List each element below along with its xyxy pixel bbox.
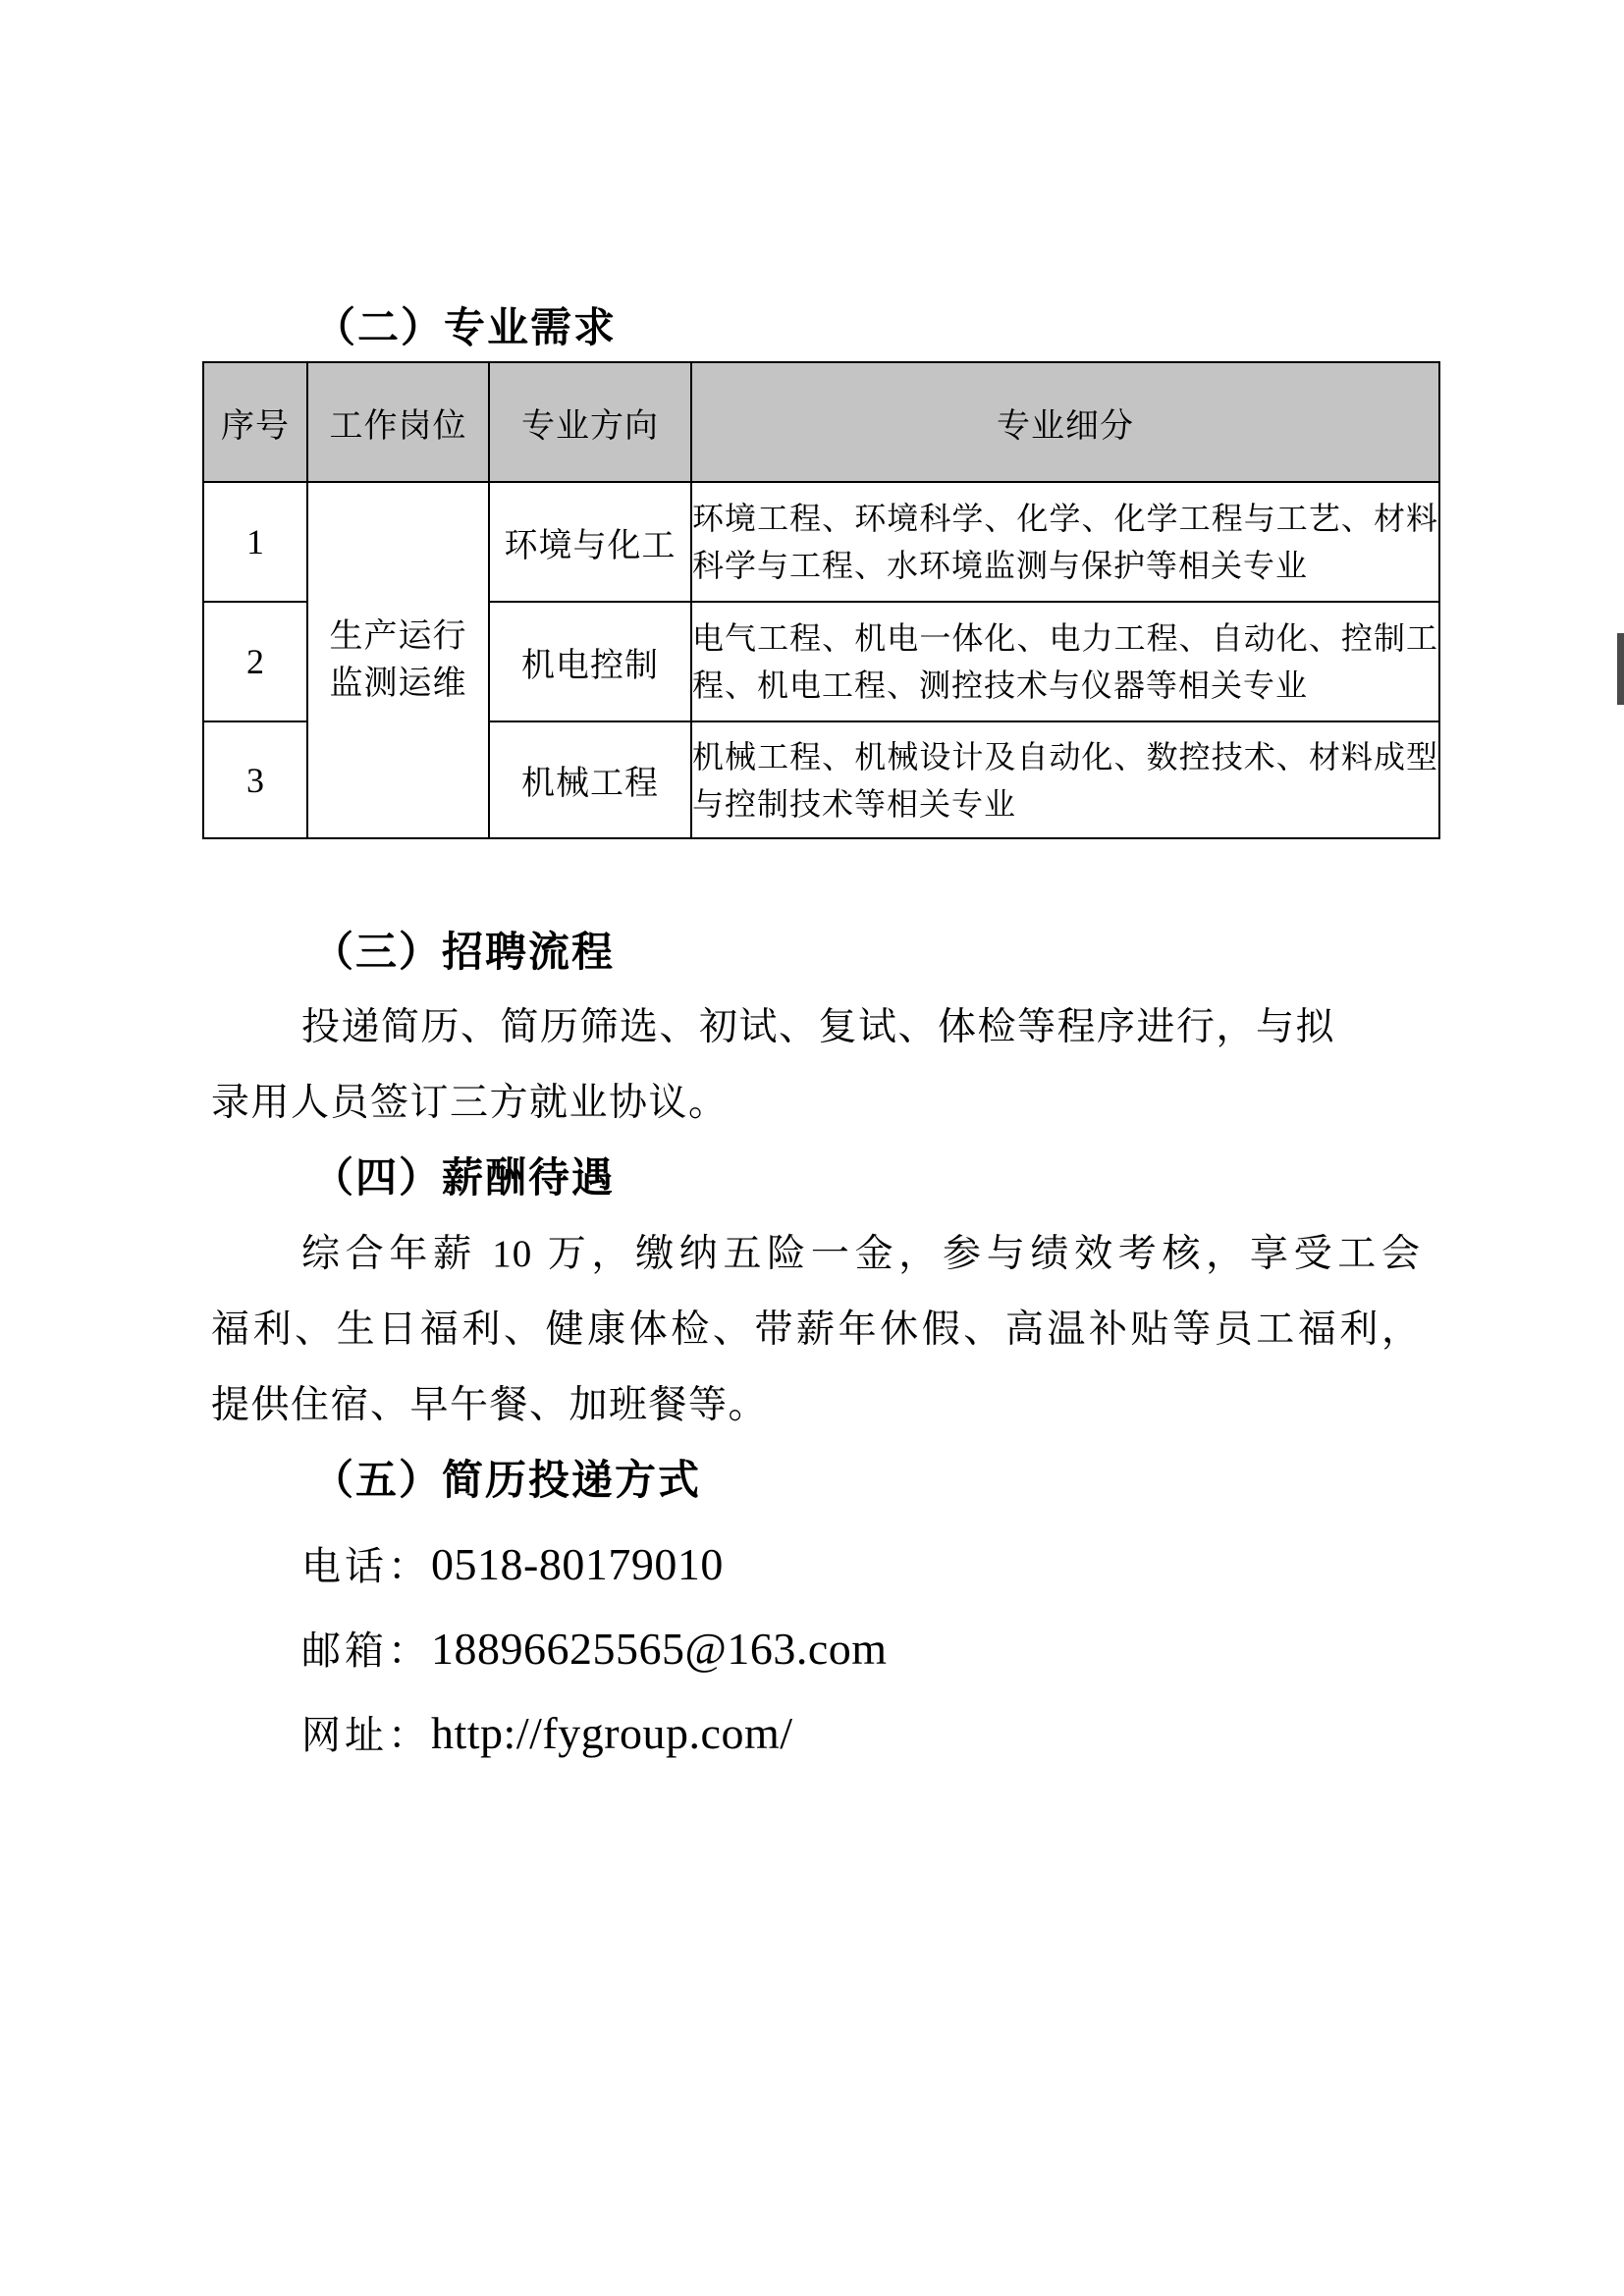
section3-paragraph-line2: 录用人员签订三方就业协议。 xyxy=(211,1079,729,1128)
major-requirements-table: 序号 工作岗位 专业方向 专业细分 1 生产运行监测运维 环境与化工 环境工程、… xyxy=(202,361,1440,839)
cell-major-direction: 机电控制 xyxy=(489,602,691,721)
document-page: （二）专业需求 序号 工作岗位 专业方向 专业细分 1 生产运行监测运维 环境与… xyxy=(0,0,1624,2296)
contact-website-line: 网址：http://fygroup.com/ xyxy=(301,1708,793,1761)
cell-row-number: 2 xyxy=(203,602,307,721)
col-header-no: 序号 xyxy=(203,362,307,482)
section4-paragraph-line3: 提供住宿、早午餐、加班餐等。 xyxy=(211,1381,768,1430)
section3-paragraph-line1: 投递简历、简历筛选、初试、复试、体检等程序进行，与拟 xyxy=(301,1003,1335,1052)
email-address: 18896625565@163.com xyxy=(431,1624,888,1674)
col-header-job: 工作岗位 xyxy=(307,362,489,482)
section4-paragraph-line2: 福利、生日福利、健康体检、带薪年休假、高温补贴等员工福利， xyxy=(211,1306,1421,1355)
cell-major-detail: 电气工程、机电一体化、电力工程、自动化、控制工程、机电工程、测控技术与仪器等相关… xyxy=(691,602,1439,721)
website-url: http://fygroup.com/ xyxy=(431,1708,793,1758)
col-header-direction: 专业方向 xyxy=(489,362,691,482)
cell-job-position: 生产运行监测运维 xyxy=(307,482,489,838)
cell-major-detail: 机械工程、机械设计及自动化、数控技术、材料成型与控制技术等相关专业 xyxy=(691,721,1439,838)
phone-label: 电话： xyxy=(301,1544,431,1588)
contact-phone-line: 电话：0518-80179010 xyxy=(301,1539,724,1592)
cell-row-number: 3 xyxy=(203,721,307,838)
website-label: 网址： xyxy=(301,1713,431,1757)
section3-heading: （三）招聘流程 xyxy=(312,929,615,978)
cell-major-direction: 环境与化工 xyxy=(489,482,691,602)
phone-number: 0518-80179010 xyxy=(431,1539,724,1589)
email-label: 邮箱： xyxy=(301,1629,431,1673)
col-header-detail: 专业细分 xyxy=(691,362,1439,482)
contact-email-line: 邮箱：18896625565@163.com xyxy=(301,1624,888,1677)
section4-heading: （四）薪酬待遇 xyxy=(312,1154,615,1203)
cell-major-detail: 环境工程、环境科学、化学、化学工程与工艺、材料科学与工程、水环境监测与保护等相关… xyxy=(691,482,1439,602)
table-header-row: 序号 工作岗位 专业方向 专业细分 xyxy=(203,362,1439,482)
section2-heading: （二）专业需求 xyxy=(314,304,617,353)
section4-paragraph-line1: 综合年薪 10 万，缴纳五险一金，参与绩效考核，享受工会 xyxy=(211,1230,1421,1279)
job-position-line1: 生产运行 xyxy=(330,618,467,655)
scan-artifact-bar xyxy=(1617,633,1624,705)
section5-heading: （五）简历投递方式 xyxy=(312,1457,701,1506)
table-row: 1 生产运行监测运维 环境与化工 环境工程、环境科学、化学、化学工程与工艺、材料… xyxy=(203,482,1439,602)
cell-major-direction: 机械工程 xyxy=(489,721,691,838)
job-position-line2: 监测运维 xyxy=(330,666,467,702)
cell-row-number: 1 xyxy=(203,482,307,602)
